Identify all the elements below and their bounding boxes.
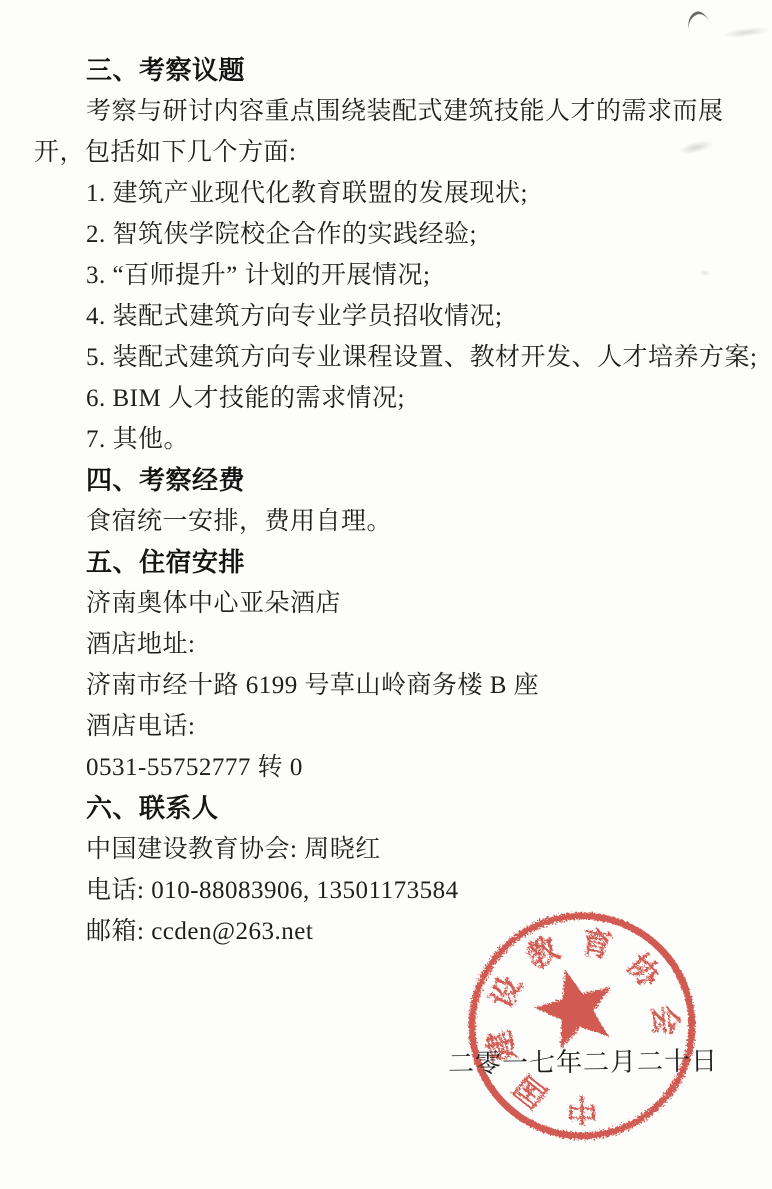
- seal-character: 协: [620, 947, 667, 994]
- scan-smudge-mark: [722, 25, 771, 40]
- text-line: 1. 建筑产业现代化教育联盟的发展现状;: [86, 173, 772, 214]
- text-line: 6. BIM 人才技能的需求情况;: [86, 378, 772, 419]
- section-heading: 五、住宿安排: [86, 542, 772, 583]
- text-line: 食宿统一安排，费用自理。: [86, 501, 772, 542]
- text-line: 济南市经十路 6199 号草山岭商务楼 B 座: [86, 665, 772, 706]
- text-line: 3. “百师提升” 计划的开展情况;: [86, 255, 772, 296]
- text-line: 4. 装配式建筑方向专业学员招收情况;: [86, 296, 772, 337]
- seal-character: 中: [567, 1092, 598, 1127]
- official-seal-stamp: 中国建设教育协会: [452, 898, 716, 1162]
- document-body: 三、考察议题考察与研讨内容重点围绕装配式建筑技能人才的需求而展开，包括如下几个方…: [0, 50, 772, 952]
- text-line: 0531-55752777 转 0: [86, 747, 772, 788]
- seal-character: 教: [521, 930, 566, 976]
- text-line: 5. 装配式建筑方向专业课程设置、教材开发、人才培养方案;: [86, 337, 772, 378]
- seal-character: 会: [646, 1004, 683, 1037]
- text-line: 酒店电话:: [86, 706, 772, 747]
- scan-smudge-mark: [684, 8, 710, 31]
- section-heading: 六、联系人: [86, 788, 772, 829]
- text-line: 考察与研讨内容重点围绕装配式建筑技能人才的需求而展: [86, 91, 772, 132]
- text-line: 开，包括如下几个方面:: [34, 132, 772, 173]
- text-line: 7. 其他。: [86, 419, 772, 460]
- date-line: 二零一七年二月二十日: [448, 1041, 718, 1081]
- seal-character: 育: [578, 924, 615, 964]
- text-line: 济南奥体中心亚朵酒店: [86, 583, 772, 624]
- section-heading: 四、考察经费: [86, 460, 772, 501]
- seal-character: 设: [484, 971, 529, 1014]
- text-line: 2. 智筑侠学院校企合作的实践经验;: [86, 214, 772, 255]
- text-line: 中国建设教育协会: 周晓红: [86, 829, 772, 870]
- text-line: 酒店地址:: [86, 624, 772, 665]
- section-heading: 三、考察议题: [86, 50, 772, 91]
- document-page: 三、考察议题考察与研讨内容重点围绕装配式建筑技能人才的需求而展开，包括如下几个方…: [0, 0, 772, 1189]
